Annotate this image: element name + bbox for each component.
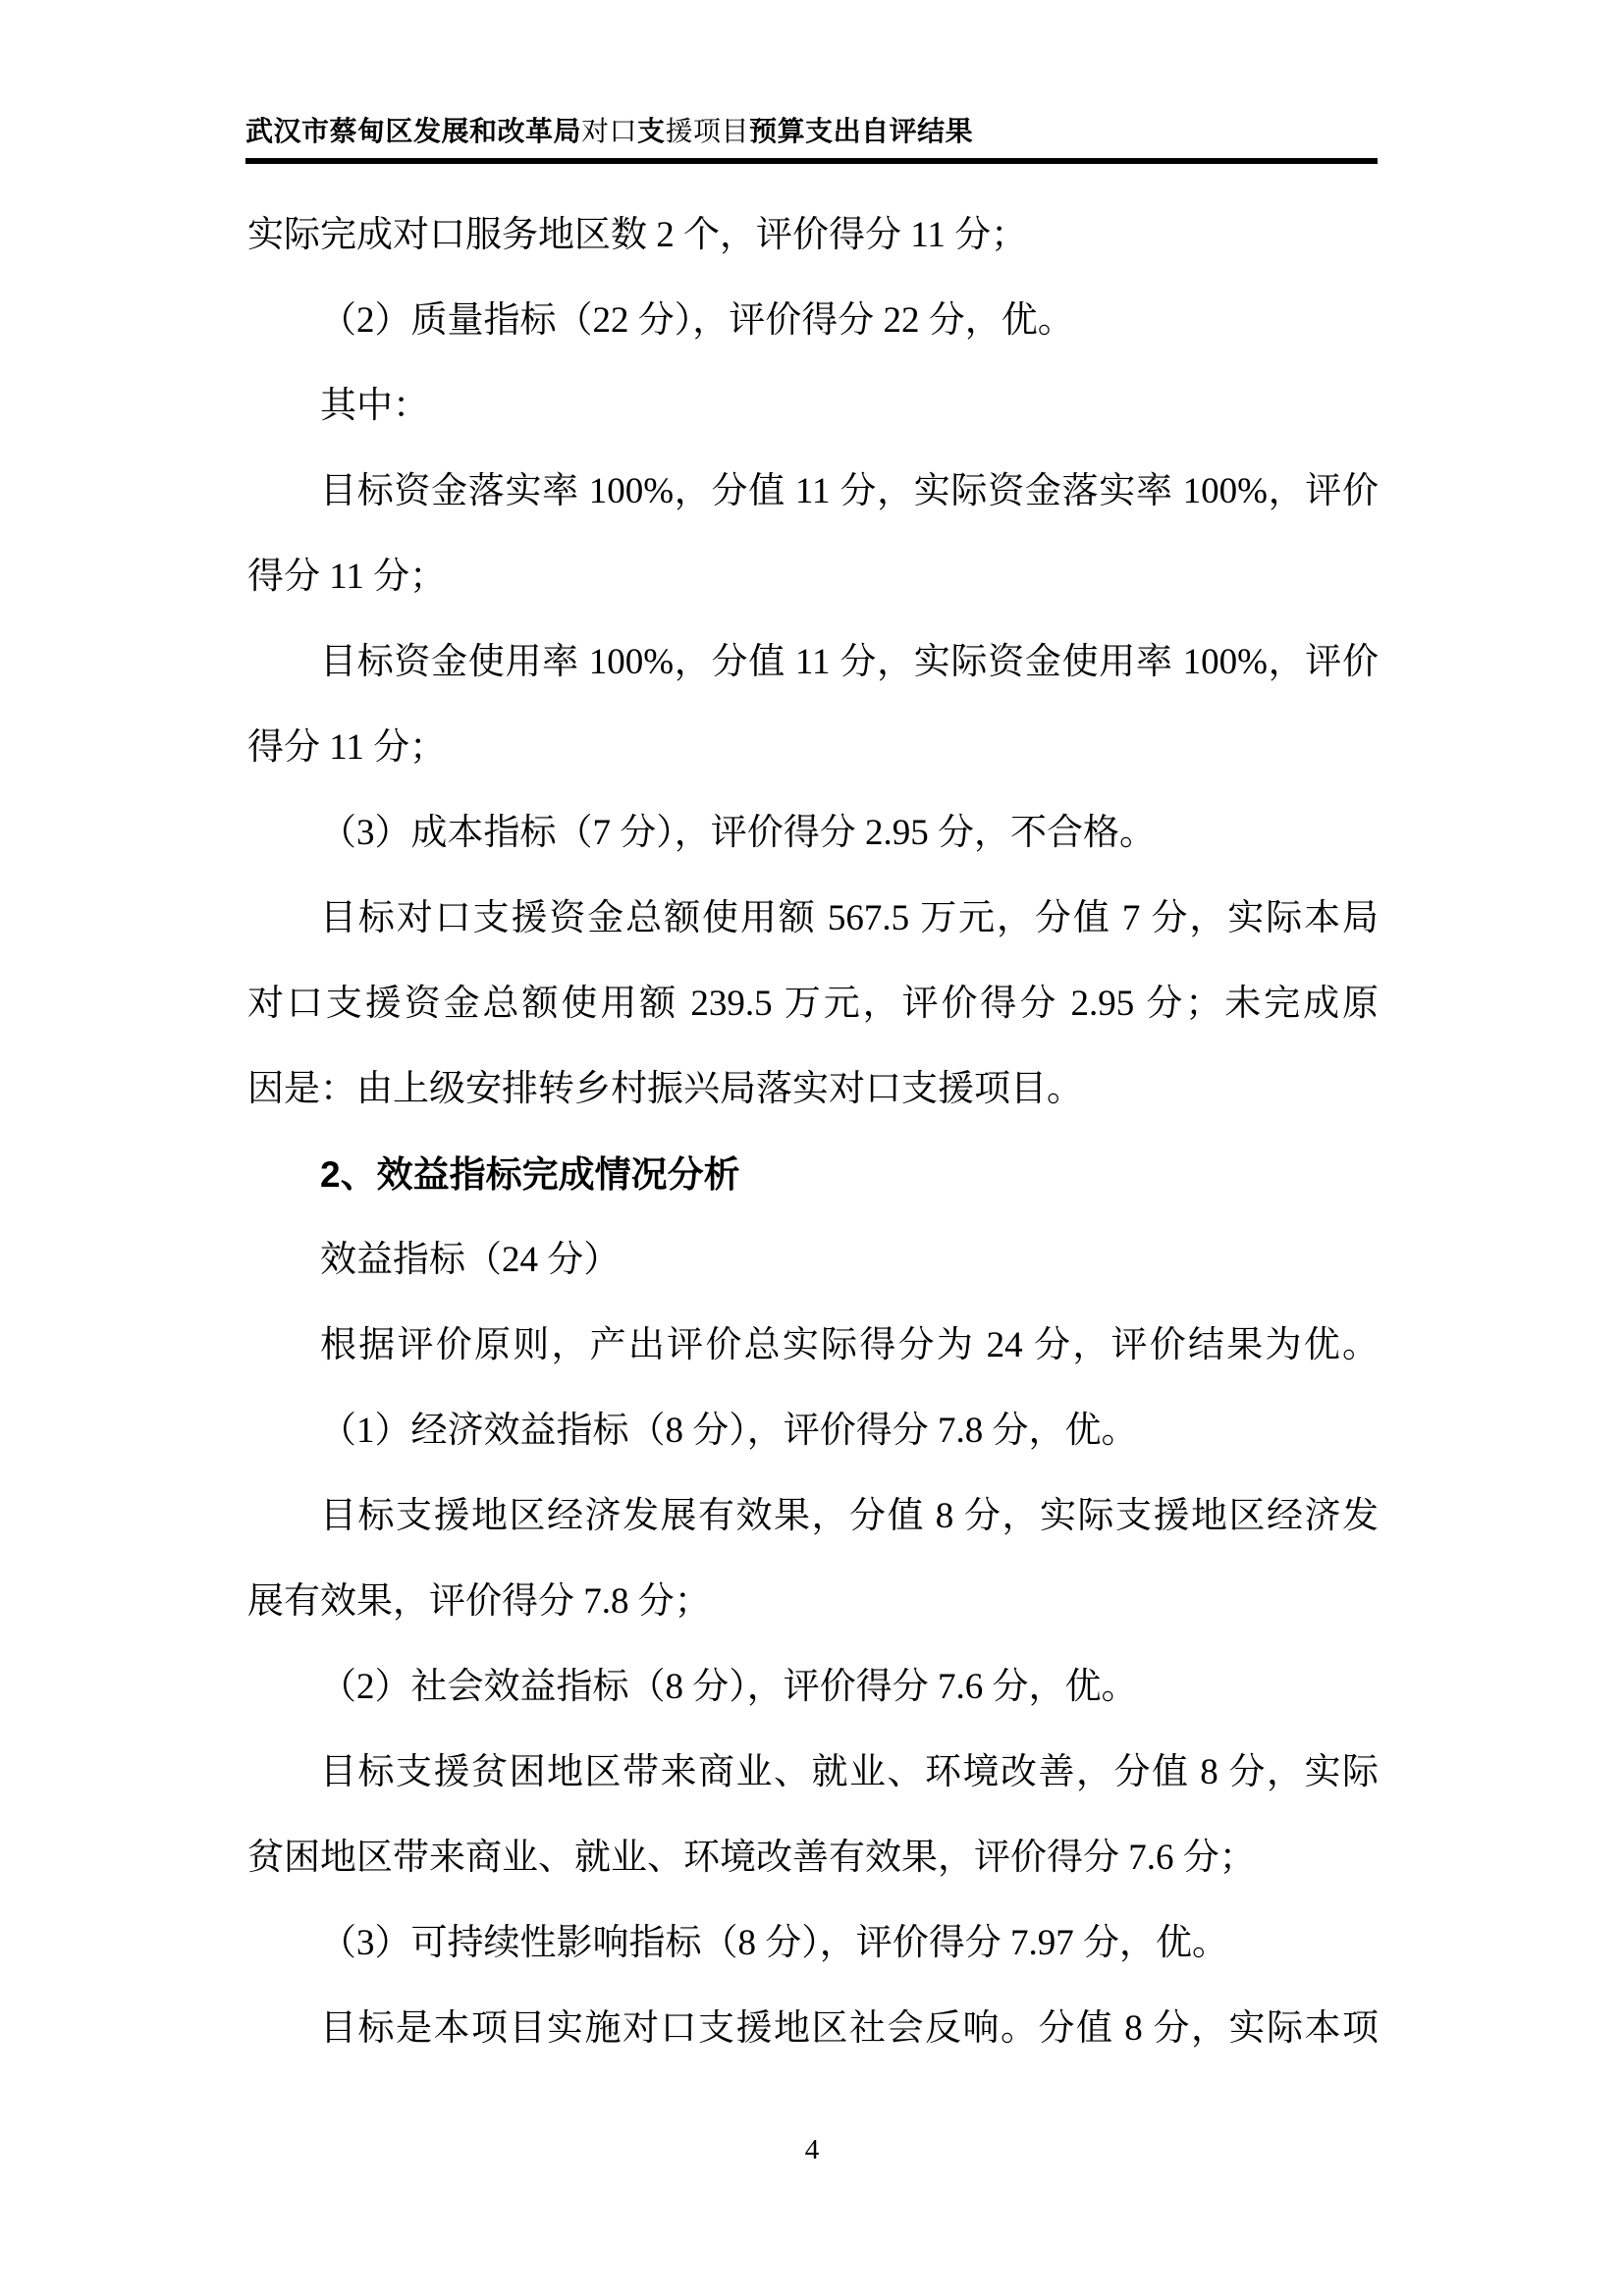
header-title: 武汉市蔡甸区发展和改革局对口支援项目预算支出自评结果 xyxy=(245,114,1378,164)
header-title-segment: 对口 xyxy=(581,116,637,146)
body-line: 效益指标（24 分） xyxy=(247,1217,1379,1303)
body-line: 得分 11 分； xyxy=(247,705,1379,790)
body-line: 目标资金使用率 100%，分值 11 分，实际资金使用率 100%，评价 xyxy=(247,619,1379,705)
body-line: （1）经济效益指标（8 分），评价得分 7.8 分，优。 xyxy=(247,1388,1379,1473)
body-line: 实际完成对口服务地区数 2 个，评价得分 11 分； xyxy=(247,192,1379,278)
body-line: 目标是本项目实施对口支援地区社会反响。分值 8 分，实际本项 xyxy=(247,1986,1379,2071)
section-heading: 2、效益指标完成情况分析 xyxy=(247,1132,1379,1217)
body-line: 贫困地区带来商业、就业、环境改善有效果，评价得分 7.6 分； xyxy=(247,1815,1379,1900)
body-line: 根据评价原则，产出评价总实际得分为 24 分，评价结果为优。 xyxy=(247,1303,1379,1388)
body-line: 对口支援资金总额使用额 239.5 万元，评价得分 2.95 分；未完成原 xyxy=(247,961,1379,1046)
header-title-segment: 预算支出自评结果 xyxy=(749,116,973,146)
header-title-segment: 支 xyxy=(637,116,666,146)
body-line: 目标资金落实率 100%，分值 11 分，实际资金落实率 100%，评价 xyxy=(247,449,1379,534)
body-line: 目标支援贫困地区带来商业、就业、环境改善，分值 8 分，实际 xyxy=(247,1730,1379,1815)
body-line: （3）可持续性影响指标（8 分），评价得分 7.97 分，优。 xyxy=(247,1900,1379,1986)
header-title-segment: 援项目 xyxy=(666,116,750,146)
document-page: 武汉市蔡甸区发展和改革局对口支援项目预算支出自评结果 实际完成对口服务地区数 2… xyxy=(0,0,1624,2296)
body-line: （2）质量指标（22 分），评价得分 22 分，优。 xyxy=(247,278,1379,363)
body-line: 目标对口支援资金总额使用额 567.5 万元，分值 7 分，实际本局 xyxy=(247,876,1379,961)
page-number: 4 xyxy=(0,2130,1624,2169)
body-line: 其中： xyxy=(247,363,1379,449)
body-line: 目标支援地区经济发展有效果，分值 8 分，实际支援地区经济发 xyxy=(247,1473,1379,1559)
body-line: 得分 11 分； xyxy=(247,534,1379,619)
body-line: （3）成本指标（7 分），评价得分 2.95 分，不合格。 xyxy=(247,790,1379,876)
body-line: （2）社会效益指标（8 分），评价得分 7.6 分，优。 xyxy=(247,1644,1379,1730)
body-line: 因是：由上级安排转乡村振兴局落实对口支援项目。 xyxy=(247,1046,1379,1132)
document-body: 实际完成对口服务地区数 2 个，评价得分 11 分；（2）质量指标（22 分），… xyxy=(247,192,1379,2071)
header-title-segment: 武汉市蔡甸区发展和改革局 xyxy=(245,116,581,146)
body-line: 展有效果，评价得分 7.8 分； xyxy=(247,1559,1379,1644)
